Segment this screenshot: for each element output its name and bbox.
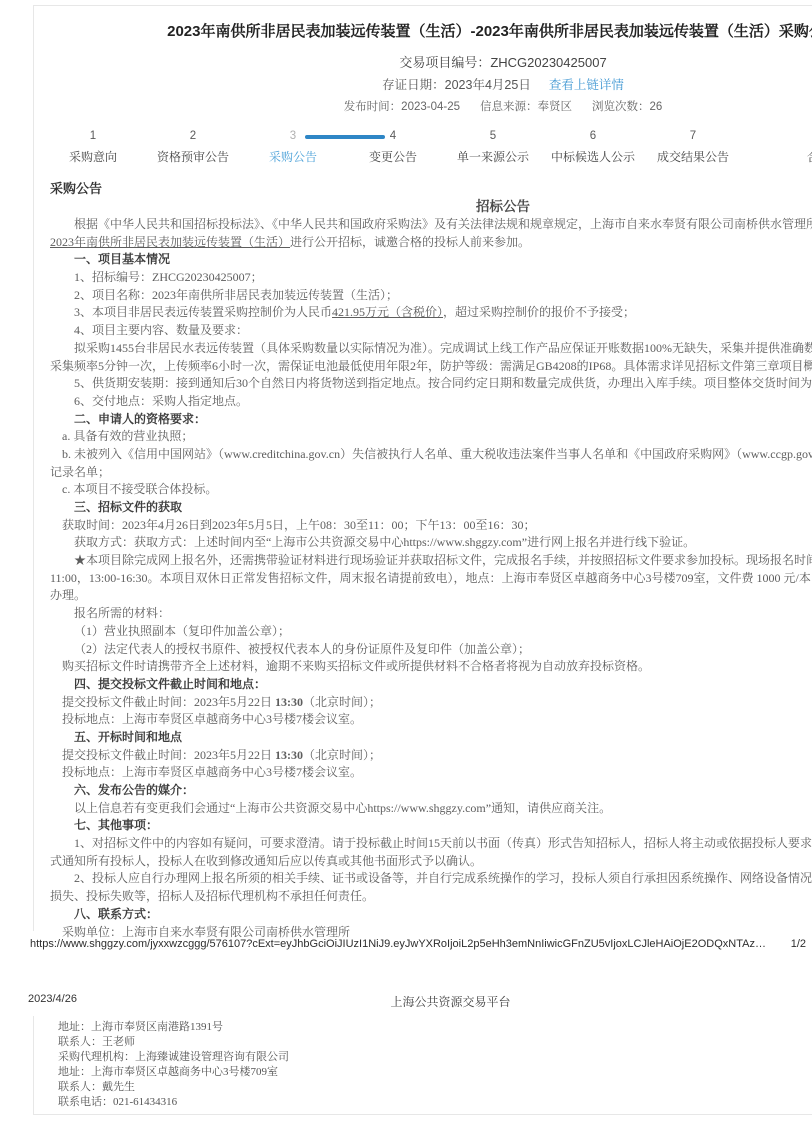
step-item-4[interactable]: 4变更公告 <box>343 126 443 168</box>
doc-line: （2）法定代表人的授权书原件、被授权代表本人的身份证原件及复印件（加盖公章）； <box>33 641 812 659</box>
doc-line: （1）营业执照副本（复印件加盖公章）； <box>33 623 812 641</box>
doc-line: 5、供货期安装期：接到通知后30个自然日内将货物送到指定地点。按合同约定日期和数… <box>33 375 812 393</box>
doc-line: c. 本项目不接受联合体投标。 <box>33 481 812 499</box>
contact-line: 采购代理机构：上海臻诚建设管理咨询有限公司 <box>58 1050 812 1065</box>
step-label: 变更公告 <box>343 146 443 168</box>
step-label: 成交结果公告 <box>643 146 743 168</box>
step-label: 单一来源公示 <box>443 146 543 168</box>
step-item-6[interactable]: 6中标候选人公示 <box>543 126 643 168</box>
page-title: 2023年南供所非居民表加装远传装置（生活）-2023年南供所非居民表加装远传装… <box>33 20 812 41</box>
project-number: 交易项目编号：ZHCG20230425007 <box>33 52 812 71</box>
doc-heading: 六、发布公告的媒介： <box>33 782 812 800</box>
step-number: 5 <box>443 126 543 146</box>
doc-line: 办理。 <box>33 587 812 605</box>
doc-line: 6、交付地点：采购人指定地点。 <box>33 393 812 411</box>
doc-heading: 七、其他事项： <box>33 817 812 835</box>
step-label: 合同公告 <box>781 146 812 168</box>
announcement-paragraphs: 根据《中华人民共和国招标投标法》、《中华人民共和国政府采购法》及有关法律法规和规… <box>33 216 812 941</box>
doc-line: 投标地点：上海市奉贤区卓越商务中心3号楼7楼会议室。 <box>33 711 812 729</box>
doc-line: 2023年南供所非居民表加装远传装置（生活）进行公开招标，诚邀合格的投标人前来参… <box>33 234 812 252</box>
progress-connector <box>305 135 385 139</box>
step-label: 采购意向 <box>43 146 143 168</box>
doc-line: 1、招标编号：ZHCG20230425007； <box>33 269 812 287</box>
cert-date-row: 存证日期：2023年4月25日 查看上链详情 <box>33 75 812 93</box>
doc-line: 获取方式：获取方式：上述时间内至“上海市公共资源交易中心https://www.… <box>33 534 812 552</box>
doc-line: 4、项目主要内容、数量及要求： <box>33 322 812 340</box>
contact-line: 联系人：戴先生 <box>58 1080 812 1095</box>
publish-meta-item: 发布时间：2023-04-25 <box>344 98 460 114</box>
step-item-3[interactable]: 3采购公告 <box>243 126 343 168</box>
step-item-5[interactable]: 5单一来源公示 <box>443 126 543 168</box>
doc-line: 损失、投标失败等，招标人及招标代理机构不承担任何责任。 <box>33 888 812 906</box>
cert-date: 存证日期：2023年4月25日 <box>382 75 531 93</box>
doc-line: 式通知所有投标人，投标人在收到修改通知后应以传真或其他书面形式予以确认。 <box>33 853 812 871</box>
announcement-body: 采购公告 招标公告 根据《中华人民共和国招标投标法》、《中华人民共和国政府采购法… <box>33 180 812 941</box>
doc-line: 采集频率5分钟一次，上传频率6小时一次，需保证电池最低使用年限2年，防护等级：需… <box>33 358 812 376</box>
contact-line: 地址：上海市奉贤区卓越商务中心3号楼709室 <box>58 1065 812 1080</box>
doc-line: b. 未被列入《信用中国网站》（www.creditchina.gov.cn）失… <box>33 446 812 464</box>
site-name: 上海公共资源交易平台 <box>28 993 812 1010</box>
contact-line: 地址：上海市奉贤区南港路1391号 <box>58 1020 812 1035</box>
step-item-1[interactable]: 1采购意向 <box>43 126 143 168</box>
doc-heading: 三、招标文件的获取 <box>33 499 812 517</box>
step-number: 1 <box>43 126 143 146</box>
doc-line: 以上信息若有变更我们会通过“上海市公共资源交易中心https://www.shg… <box>33 800 812 818</box>
doc-line: 报名所需的材料： <box>33 605 812 623</box>
step-number: 8 <box>781 126 812 146</box>
print-footer: https://www.shggzy.com/jyxxwzcggg/576107… <box>30 938 806 950</box>
step-item-8[interactable]: 8合同公告 <box>781 126 812 168</box>
doc-heading: 八、联系方式： <box>33 906 812 924</box>
step-label: 中标候选人公示 <box>543 146 643 168</box>
step-number: 6 <box>543 126 643 146</box>
bid-notice-title: 招标公告 <box>33 198 812 216</box>
print-page2-header: 上海公共资源交易平台 2023/4/26 <box>28 993 812 1009</box>
doc-line: 拟采购1455台非居民水表远传装置（具体采购数量以实际情况为准）。完成调试上线工… <box>33 340 812 358</box>
doc-line: 3、本项目非居民表远传装置采购控制价为人民币421.95万元（含税价），超过采购… <box>33 304 812 322</box>
doc-line: ★本项目除完成网上报名外，还需携带验证材料进行现场验证并获取招标文件，完成报名手… <box>33 552 812 570</box>
step-item-7[interactable]: 7成交结果公告 <box>643 126 743 168</box>
step-number: 7 <box>643 126 743 146</box>
doc-line: 1、对招标文件中的内容如有疑问，可要求澄清。请于投标截止时间15天前以书面（传真… <box>33 835 812 853</box>
doc-line: 2、项目名称：2023年南供所非居民表加装远传装置（生活）； <box>33 287 812 305</box>
doc-line: 提交投标文件截止时间：2023年5月22日 13:30（北京时间）； <box>33 694 812 712</box>
view-chain-details-link[interactable]: 查看上链详情 <box>549 75 624 93</box>
step-item-2[interactable]: 2资格预审公告 <box>143 126 243 168</box>
doc-line: 提交投标文件截止时间：2023年5月22日 13:30（北京时间）； <box>33 747 812 765</box>
doc-heading: 四、提交投标文件截止时间和地点： <box>33 676 812 694</box>
doc-line: 记录名单； <box>33 464 812 482</box>
contact-line: 联系电话：021-61434316 <box>58 1095 812 1110</box>
doc-line: 2、投标人应自行办理网上报名所须的相关手续、证书或设备等，并自行完成系统操作的学… <box>33 870 812 888</box>
doc-line: 购买招标文件时请携带齐全上述材料，逾期不来购买招标文件或所提供材料不合格者将视为… <box>33 658 812 676</box>
doc-heading: 五、开标时间和地点 <box>33 729 812 747</box>
contact-line: 联系人：王老师 <box>58 1035 812 1050</box>
step-label: 资格预审公告 <box>143 146 243 168</box>
doc-heading: 一、项目基本情况 <box>33 251 812 269</box>
section-title: 采购公告 <box>33 180 812 198</box>
page2-content-border: 地址：上海市奉贤区南港路1391号联系人：王老师采购代理机构：上海臻诚建设管理咨… <box>33 1016 812 1115</box>
publish-meta-row: 发布时间：2023-04-25信息来源：奉贤区浏览次数：26 <box>33 98 812 114</box>
doc-line: 投标地点：上海市奉贤区卓越商务中心3号楼7楼会议室。 <box>33 764 812 782</box>
print-page-indicator: 1/2 <box>791 938 806 950</box>
contact-block: 地址：上海市奉贤区南港路1391号联系人：王老师采购代理机构：上海臻诚建设管理咨… <box>34 1016 812 1110</box>
publish-meta-item: 信息来源：奉贤区 <box>480 98 572 114</box>
procurement-step-nav: 1采购意向2资格预审公告3采购公告4变更公告5单一来源公示6中标候选人公示7成交… <box>33 126 812 168</box>
doc-line: 根据《中华人民共和国招标投标法》、《中华人民共和国政府采购法》及有关法律法规和规… <box>33 216 812 234</box>
step-number: 2 <box>143 126 243 146</box>
publish-meta-item: 浏览次数：26 <box>592 98 662 114</box>
step-label: 采购公告 <box>243 146 343 168</box>
doc-heading: 二、申请人的资格要求： <box>33 411 812 429</box>
doc-line: 11:00，13:00-16:30。本项目双休日正常发售招标文件，周末报名请提前… <box>33 570 812 588</box>
doc-line: a. 具备有效的营业执照； <box>33 428 812 446</box>
print-url: https://www.shggzy.com/jyxxwzcggg/576107… <box>30 938 766 950</box>
doc-line: 获取时间：2023年4月26日到2023年5月5日，上午08：30至11：00；… <box>33 517 812 535</box>
